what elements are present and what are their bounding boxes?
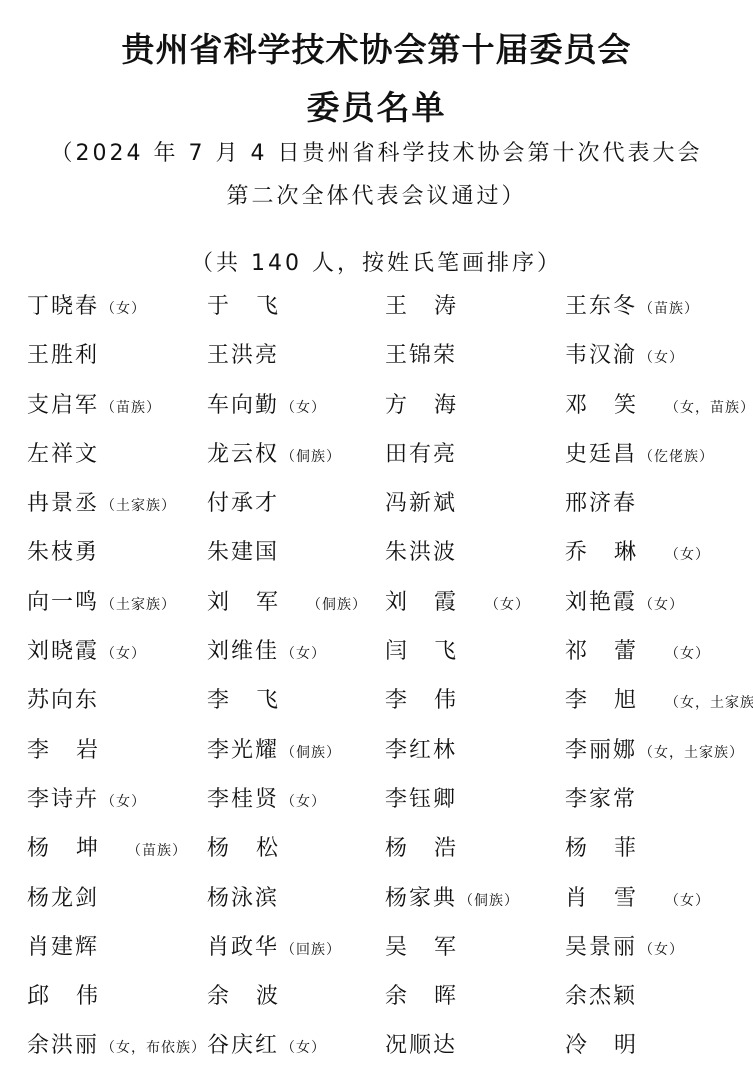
member-entry: 龙云权（侗族） xyxy=(207,437,341,468)
member-row: 余洪丽（女，布依族）谷庆红（女）况顺达冷明 xyxy=(0,1024,753,1071)
member-note: （女，苗族） xyxy=(665,400,753,416)
member-entry: 李丽娜（女，土家族） xyxy=(565,733,744,764)
member-entry: 李伟 xyxy=(385,683,483,714)
member-note: （土家族） xyxy=(101,597,176,613)
member-row: 邱伟余波余晖余杰颖 xyxy=(0,975,753,1024)
member-note: （女） xyxy=(101,301,146,317)
member-note: （女） xyxy=(281,646,326,662)
member-name: 杨浩 xyxy=(385,831,483,862)
member-name: 李伟 xyxy=(385,683,483,714)
member-row: 支启军（苗族）车向勤（女）方海邓笑（女，苗族） xyxy=(0,384,753,433)
member-entry: 况顺达 xyxy=(385,1028,457,1059)
member-name: 韦汉渝 xyxy=(565,338,637,369)
member-name: 田有亮 xyxy=(385,437,457,468)
member-name: 刘军 xyxy=(207,585,305,616)
member-name: 祁蕾 xyxy=(565,634,663,665)
member-name: 刘晓霞 xyxy=(27,634,99,665)
approval-note-line1: （2024 年 7 月 4 日贵州省科学技术协会第十次代表大会 xyxy=(0,136,753,167)
member-entry: 苏向东 xyxy=(27,683,99,714)
member-name: 李钰卿 xyxy=(385,782,457,813)
member-name: 闫飞 xyxy=(385,634,483,665)
member-entry: 杨浩 xyxy=(385,831,483,862)
member-entry: 刘艳霞（女） xyxy=(565,585,684,616)
member-entry: 支启军（苗族） xyxy=(27,388,161,419)
member-entry: 余杰颖 xyxy=(565,979,637,1010)
member-name: 冯新斌 xyxy=(385,486,457,517)
document-title: 贵州省科学技术协会第十届委员会 xyxy=(0,24,753,71)
member-name: 丁晓春 xyxy=(27,289,99,320)
member-name: 肖政华 xyxy=(207,930,279,961)
member-row: 刘晓霞（女）刘维佳（女）闫飞祁蕾（女） xyxy=(0,630,753,679)
member-name: 支启军 xyxy=(27,388,99,419)
member-name: 邱伟 xyxy=(27,979,125,1010)
member-entry: 丁晓春（女） xyxy=(27,289,146,320)
member-name: 朱建国 xyxy=(207,535,279,566)
member-name: 车向勤 xyxy=(207,388,279,419)
member-entry: 李飞 xyxy=(207,683,305,714)
member-entry: 于飞 xyxy=(207,289,305,320)
member-note: （侗族） xyxy=(459,893,519,909)
member-name: 李丽娜 xyxy=(565,733,637,764)
member-name: 朱枝勇 xyxy=(27,535,99,566)
member-row: 向一鸣（土家族）刘军（侗族）刘霞（女）刘艳霞（女） xyxy=(0,581,753,630)
member-name: 李岩 xyxy=(27,733,125,764)
member-note: （苗族） xyxy=(127,843,187,859)
member-name: 杨家典 xyxy=(385,881,457,912)
member-name: 付承才 xyxy=(207,486,279,517)
member-note: （女） xyxy=(485,597,530,613)
member-name: 王胜利 xyxy=(27,338,99,369)
member-entry: 杨坤（苗族） xyxy=(27,831,187,862)
member-row: 杨龙剑杨泳滨杨家典（侗族）肖雪（女） xyxy=(0,877,753,926)
member-name: 刘霞 xyxy=(385,585,483,616)
member-name: 余杰颖 xyxy=(565,979,637,1010)
member-entry: 刘霞（女） xyxy=(385,585,530,616)
member-note: （女） xyxy=(101,794,146,810)
member-entry: 王涛 xyxy=(385,289,483,320)
member-entry: 肖雪（女） xyxy=(565,881,710,912)
member-entry: 余晖 xyxy=(385,979,483,1010)
member-note: （女） xyxy=(281,1040,326,1056)
member-name: 王涛 xyxy=(385,289,483,320)
member-entry: 李旭（女，土家族） xyxy=(565,683,753,714)
member-entry: 李岩 xyxy=(27,733,125,764)
member-name: 况顺达 xyxy=(385,1028,457,1059)
member-entry: 冷明 xyxy=(565,1028,663,1059)
member-count-note: （共 140 人，按姓氏笔画排序） xyxy=(0,246,753,277)
member-row: 李岩李光耀（侗族）李红林李丽娜（女，土家族） xyxy=(0,729,753,778)
member-name: 朱洪波 xyxy=(385,535,457,566)
member-note: （苗族） xyxy=(639,301,699,317)
member-entry: 杨松 xyxy=(207,831,305,862)
member-entry: 王胜利 xyxy=(27,338,99,369)
member-entry: 余波 xyxy=(207,979,305,1010)
member-name: 刘维佳 xyxy=(207,634,279,665)
member-entry: 王东冬（苗族） xyxy=(565,289,699,320)
member-name: 方海 xyxy=(385,388,483,419)
member-name: 吴军 xyxy=(385,930,483,961)
member-name: 肖雪 xyxy=(565,881,663,912)
member-row: 丁晓春（女）于飞王涛王东冬（苗族） xyxy=(0,285,753,334)
document-subtitle: 委员名单 xyxy=(0,82,753,129)
member-entry: 邓笑（女，苗族） xyxy=(565,388,753,419)
member-name: 冉景丞 xyxy=(27,486,99,517)
member-entry: 肖政华（回族） xyxy=(207,930,341,961)
member-entry: 杨菲 xyxy=(565,831,663,862)
member-entry: 朱枝勇 xyxy=(27,535,99,566)
member-entry: 王洪亮 xyxy=(207,338,279,369)
member-name: 向一鸣 xyxy=(27,585,99,616)
member-entry: 祁蕾（女） xyxy=(565,634,710,665)
member-note: （女） xyxy=(639,597,684,613)
member-name: 李旭 xyxy=(565,683,663,714)
member-row: 左祥文龙云权（侗族）田有亮史廷昌（仡佬族） xyxy=(0,433,753,482)
member-entry: 冉景丞（土家族） xyxy=(27,486,176,517)
member-name: 杨龙剑 xyxy=(27,881,99,912)
member-entry: 李红林 xyxy=(385,733,457,764)
member-name: 刘艳霞 xyxy=(565,585,637,616)
member-note: （土家族） xyxy=(101,498,176,514)
member-note: （侗族） xyxy=(281,449,341,465)
member-note: （仡佬族） xyxy=(639,449,714,465)
member-entry: 邢济春 xyxy=(565,486,637,517)
member-name: 肖建辉 xyxy=(27,930,99,961)
member-entry: 谷庆红（女） xyxy=(207,1028,326,1059)
member-entry: 杨泳滨 xyxy=(207,881,279,912)
member-name: 杨泳滨 xyxy=(207,881,279,912)
member-entry: 李家常 xyxy=(565,782,637,813)
member-note: （侗族） xyxy=(281,745,341,761)
member-name: 杨松 xyxy=(207,831,305,862)
member-note: （女，布依族） xyxy=(101,1040,206,1056)
member-row: 冉景丞（土家族）付承才冯新斌邢济春 xyxy=(0,482,753,531)
member-name: 李光耀 xyxy=(207,733,279,764)
member-entry: 杨龙剑 xyxy=(27,881,99,912)
member-entry: 吴景丽（女） xyxy=(565,930,684,961)
member-entry: 杨家典（侗族） xyxy=(385,881,519,912)
member-row: 朱枝勇朱建国朱洪波乔琳（女） xyxy=(0,531,753,580)
member-name: 左祥文 xyxy=(27,437,99,468)
member-row: 杨坤（苗族）杨松杨浩杨菲 xyxy=(0,827,753,876)
member-note: （女） xyxy=(281,400,326,416)
member-name: 李桂贤 xyxy=(207,782,279,813)
member-name: 李飞 xyxy=(207,683,305,714)
member-note: （女） xyxy=(665,547,710,563)
member-name: 杨菲 xyxy=(565,831,663,862)
member-name: 王东冬 xyxy=(565,289,637,320)
member-entry: 李钰卿 xyxy=(385,782,457,813)
member-name: 杨坤 xyxy=(27,831,125,862)
member-name: 王洪亮 xyxy=(207,338,279,369)
member-entry: 方海 xyxy=(385,388,483,419)
member-name: 冷明 xyxy=(565,1028,663,1059)
member-note: （女） xyxy=(281,794,326,810)
member-entry: 史廷昌（仡佬族） xyxy=(565,437,714,468)
member-entry: 吴军 xyxy=(385,930,483,961)
member-note: （女） xyxy=(639,942,684,958)
member-entry: 车向勤（女） xyxy=(207,388,326,419)
member-note: （女） xyxy=(101,646,146,662)
member-note: （女） xyxy=(665,893,710,909)
member-name: 李家常 xyxy=(565,782,637,813)
member-note: （女） xyxy=(665,646,710,662)
member-name: 苏向东 xyxy=(27,683,99,714)
member-entry: 李诗卉（女） xyxy=(27,782,146,813)
member-row: 苏向东李飞李伟李旭（女，土家族） xyxy=(0,679,753,728)
member-name: 余洪丽 xyxy=(27,1028,99,1059)
member-entry: 韦汉渝（女） xyxy=(565,338,684,369)
member-note: （侗族） xyxy=(307,597,367,613)
member-entry: 朱建国 xyxy=(207,535,279,566)
member-note: （回族） xyxy=(281,942,341,958)
member-entry: 闫飞 xyxy=(385,634,483,665)
member-entry: 肖建辉 xyxy=(27,930,99,961)
member-note: （女，土家族） xyxy=(665,695,753,711)
member-entry: 王锦荣 xyxy=(385,338,457,369)
member-name: 吴景丽 xyxy=(565,930,637,961)
member-name: 谷庆红 xyxy=(207,1028,279,1059)
member-row: 王胜利王洪亮王锦荣韦汉渝（女） xyxy=(0,334,753,383)
member-name: 龙云权 xyxy=(207,437,279,468)
member-name: 乔琳 xyxy=(565,535,663,566)
member-name: 李红林 xyxy=(385,733,457,764)
member-note: （苗族） xyxy=(101,400,161,416)
member-entry: 李光耀（侗族） xyxy=(207,733,341,764)
member-list: 丁晓春（女）于飞王涛王东冬（苗族）王胜利王洪亮王锦荣韦汉渝（女）支启军（苗族）车… xyxy=(0,285,753,1071)
member-name: 王锦荣 xyxy=(385,338,457,369)
member-row: 肖建辉肖政华（回族）吴军吴景丽（女） xyxy=(0,926,753,975)
member-entry: 付承才 xyxy=(207,486,279,517)
member-name: 邢济春 xyxy=(565,486,637,517)
member-entry: 刘晓霞（女） xyxy=(27,634,146,665)
member-name: 余晖 xyxy=(385,979,483,1010)
member-name: 李诗卉 xyxy=(27,782,99,813)
member-entry: 刘军（侗族） xyxy=(207,585,367,616)
member-entry: 余洪丽（女，布依族） xyxy=(27,1028,206,1059)
member-entry: 田有亮 xyxy=(385,437,457,468)
member-entry: 朱洪波 xyxy=(385,535,457,566)
member-entry: 李桂贤（女） xyxy=(207,782,326,813)
member-entry: 刘维佳（女） xyxy=(207,634,326,665)
member-entry: 向一鸣（土家族） xyxy=(27,585,176,616)
member-name: 邓笑 xyxy=(565,388,663,419)
member-entry: 邱伟 xyxy=(27,979,125,1010)
member-note: （女，土家族） xyxy=(639,745,744,761)
member-entry: 左祥文 xyxy=(27,437,99,468)
member-name: 余波 xyxy=(207,979,305,1010)
member-note: （女） xyxy=(639,350,684,366)
member-entry: 乔琳（女） xyxy=(565,535,710,566)
member-row: 李诗卉（女）李桂贤（女）李钰卿李家常 xyxy=(0,778,753,827)
member-entry: 冯新斌 xyxy=(385,486,457,517)
approval-note-line2: 第二次全体代表会议通过） xyxy=(0,179,753,210)
member-name: 史廷昌 xyxy=(565,437,637,468)
member-name: 于飞 xyxy=(207,289,305,320)
